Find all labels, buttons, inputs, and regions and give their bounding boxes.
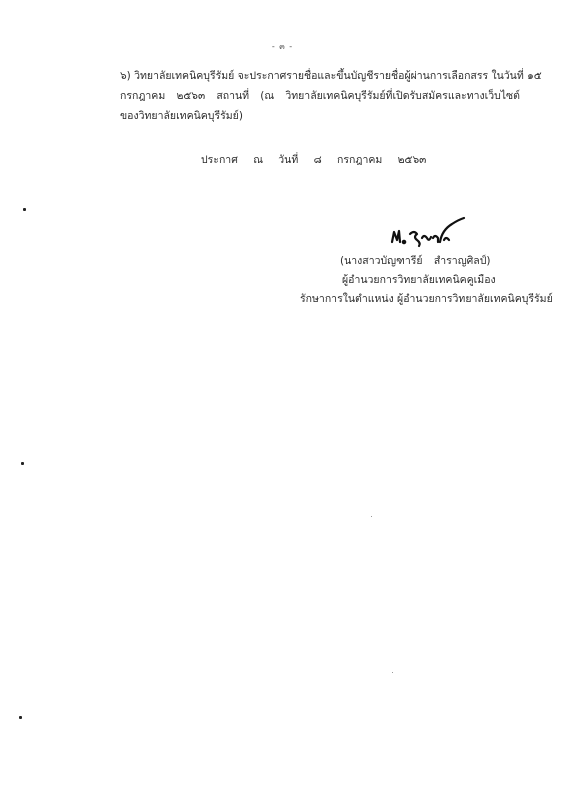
announcement-paragraph: ๖) วิทยาลัยเทคนิคบุรีรัมย์ จะประกาศรายชื…: [120, 66, 520, 126]
scan-speck: [371, 516, 372, 517]
margin-punch-mark: [19, 716, 22, 719]
signatory-name: (นางสาวบัญฑารีย์ สำราญศิลป์): [340, 252, 491, 269]
margin-punch-mark: [21, 462, 24, 465]
scan-speck: [392, 672, 393, 673]
signatory-acting-title: รักษาการในตำแหน่ง ผู้อำนวยการวิทยาลัยเทค…: [300, 290, 553, 307]
signature-icon: [386, 212, 466, 252]
page-number: - ๓ -: [0, 40, 565, 53]
announcement-date: ประกาศ ณ วันที่ ๘ กรกฎาคม ๒๕๖๓: [201, 151, 426, 168]
paragraph-line: กรกฎาคม ๒๕๖๓ สถานที่ (ณ วิทยาลัยเทคนิคบุ…: [120, 86, 520, 106]
signatory-title: ผู้อำนวยการวิทยาลัยเทคนิคคูเมือง: [342, 271, 496, 288]
paragraph-line: ๖) วิทยาลัยเทคนิคบุรีรัมย์ จะประกาศรายชื…: [120, 66, 520, 86]
paragraph-line: ของวิทยาลัยเทคนิคบุรีรัมย์): [120, 106, 520, 126]
margin-punch-mark: [23, 208, 26, 211]
